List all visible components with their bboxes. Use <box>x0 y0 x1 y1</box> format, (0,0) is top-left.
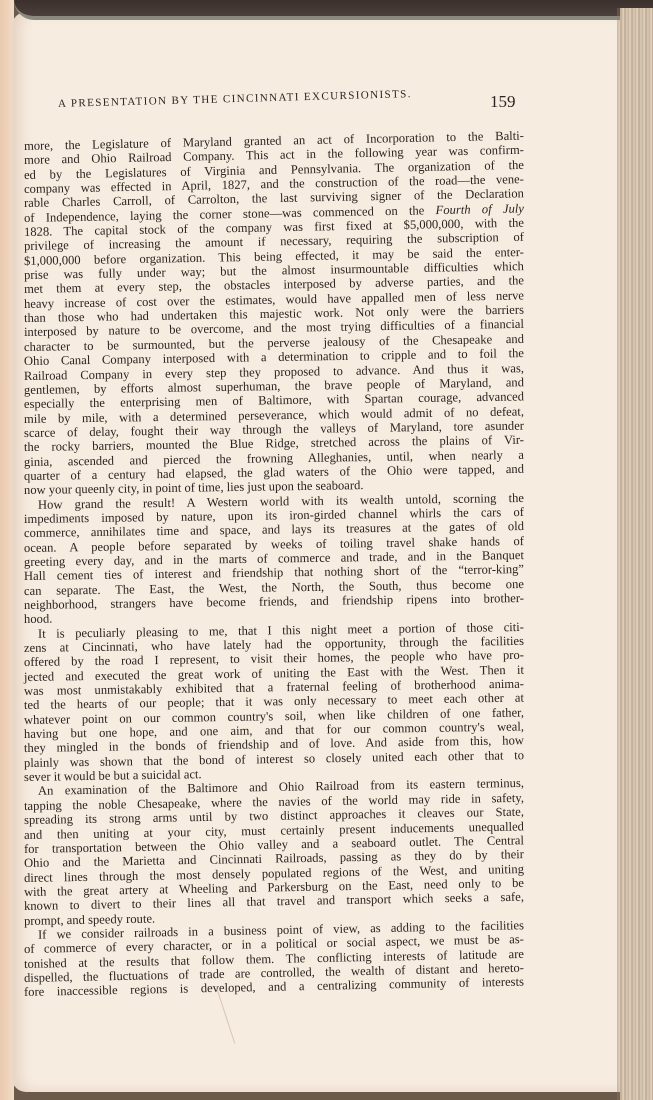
italic-run: Fourth of July <box>435 201 524 217</box>
body-text: more, the Legislature of Maryland grante… <box>24 139 524 1000</box>
page-fore-edge <box>620 8 653 1100</box>
book-cover-top <box>14 0 653 20</box>
page-number: 159 <box>490 92 516 112</box>
fore-edge-shadow <box>617 8 623 1100</box>
